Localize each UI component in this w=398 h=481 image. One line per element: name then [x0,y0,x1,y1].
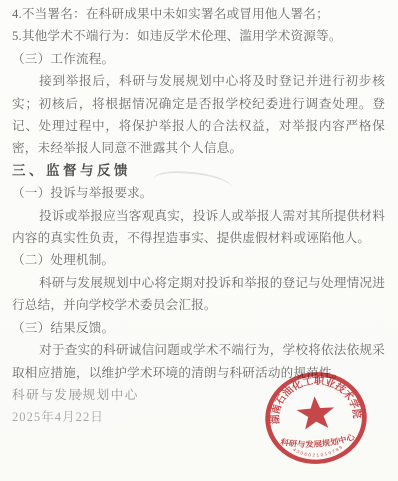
official-seal: 湖南石油化工职业技术学院 科研与发展规划中心 4306021010789 [261,367,371,468]
seal-star-icon [296,395,336,430]
clause-item-5: 5.其他学术不端行为：如违反学术伦理、滥用学术资源等。 [12,25,385,47]
document-body: 4.不当署名：在科研成果中未如实署名或冒用他人署名； 5.其他学术不端行为：如违… [0,0,398,429]
paragraph-workflow: 接到举报后，科研与发展规划中心将及时登记并进行初步核实；初核后，将根据情况确定是… [12,70,385,160]
subsection-title-workflow: （三）工作流程。 [12,48,385,70]
paragraph-complaint-requirements: 投诉或举报应当客观真实，投诉人或举报人需对其所提供材料内容的真实性负责，不得捏造… [12,205,385,250]
document-page: 4.不当署名：在科研成果中未如实署名或冒用他人署名； 5.其他学术不端行为：如违… [0,0,398,481]
subsection-title-result-feedback: （三）结果反馈。 [12,317,385,339]
paragraph-handling-mechanism: 科研与发展规划中心将定期对投诉和举报的登记与处理情况进行总结，并向学校学术委员会… [12,272,385,317]
subsection-title-handling-mechanism: （二）处理机制。 [12,249,385,271]
scan-speck-artifact [79,392,82,395]
svg-text:科研与发展规划中心: 科研与发展规划中心 [278,431,357,451]
clause-item-4: 4.不当署名：在科研成果中未如实署名或冒用他人署名； [12,3,385,25]
seal-center-text: 科研与发展规划中心 [278,431,357,451]
